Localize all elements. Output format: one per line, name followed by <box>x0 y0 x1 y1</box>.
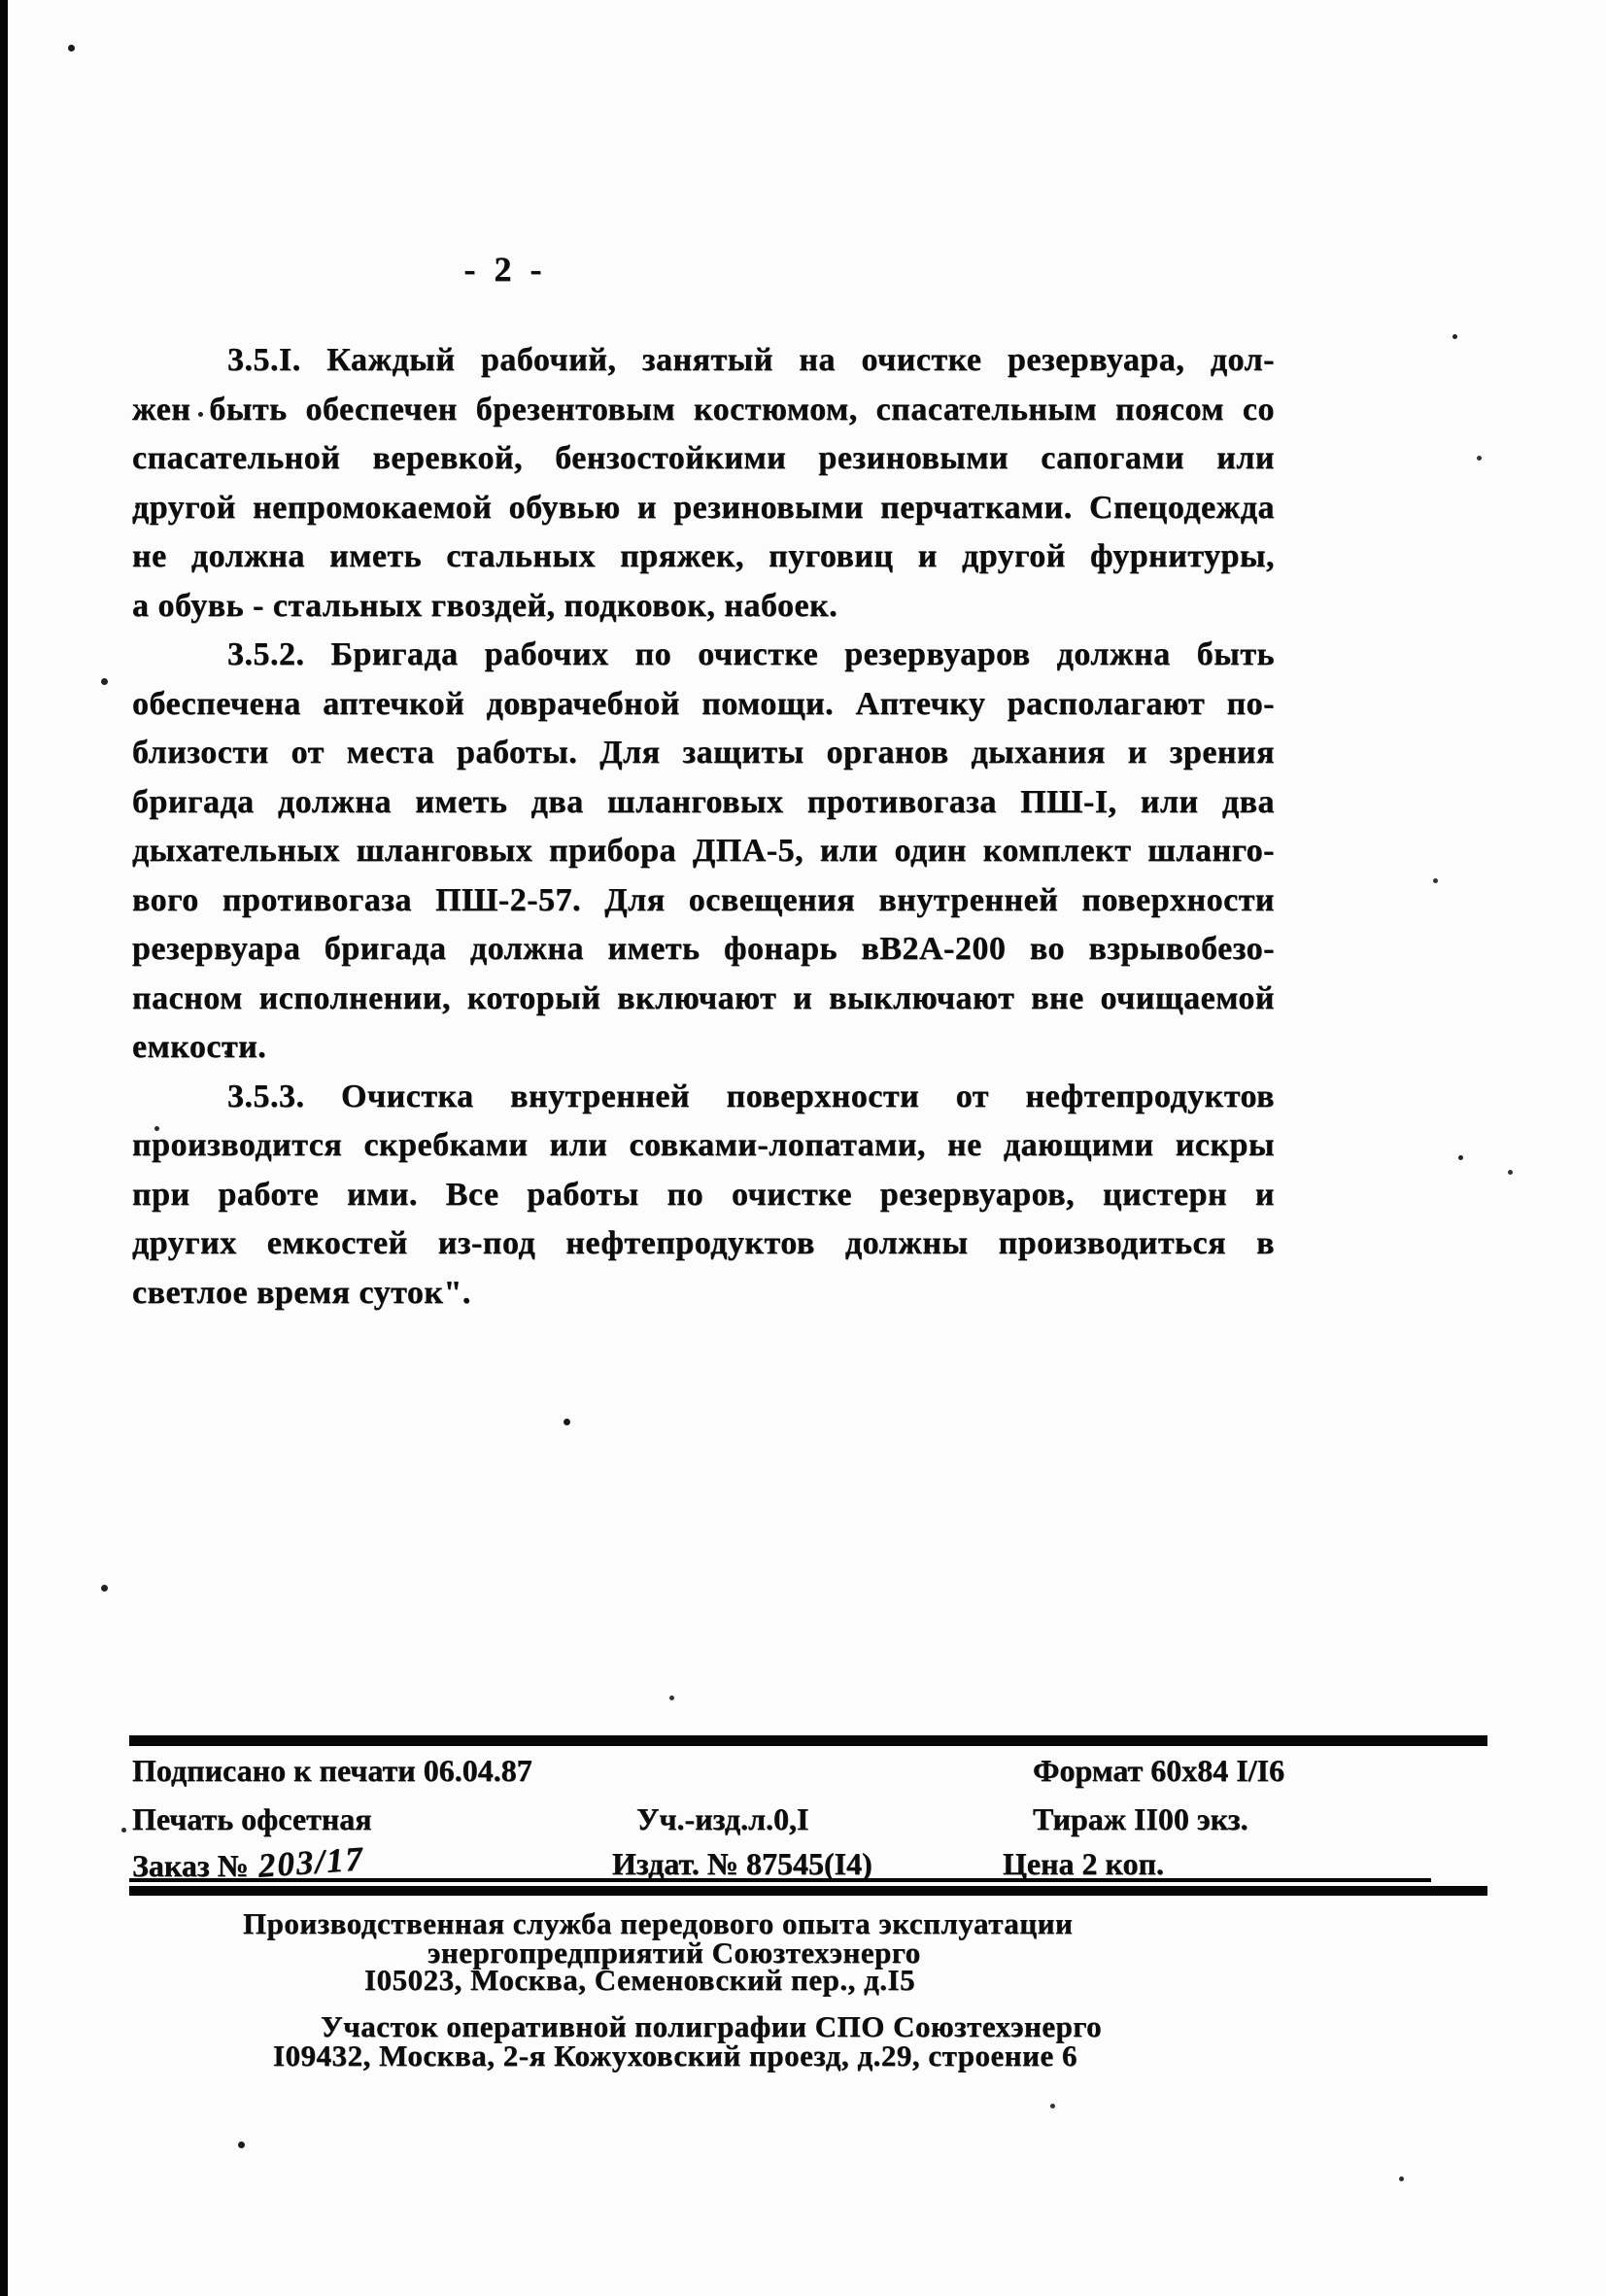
text-line: резервуара бригада должна иметь фонарь в… <box>132 925 1275 975</box>
publisher-sheets-label: Уч.-изд.л.0,I <box>636 1803 809 1834</box>
divider-rule-underline <box>129 1878 1431 1882</box>
divider-rule-bottom <box>129 1886 1487 1896</box>
text-line: вого противогаза ПШ-2-57. Для освещения … <box>132 876 1275 926</box>
text-line: жен быть обеспечен брезентовым костюмом,… <box>132 386 1275 435</box>
order-number: Заказ №203/17 <box>132 1848 364 1882</box>
text-line: 3.5.2. Бригада рабочих по очистке резерв… <box>132 631 1275 680</box>
text-line: емкости. <box>132 1023 1275 1073</box>
order-number-handwritten: 203/17 <box>257 1841 365 1883</box>
text-line: дыхательных шланговых прибора ДПА-5, или… <box>132 827 1275 876</box>
format-label: Формат 60х84 I/I6 <box>1033 1755 1284 1786</box>
scanned-document-page: - 2 - 3.5.I. Каждый рабочий, занятый на … <box>0 0 1606 2296</box>
text-line: другой непромокаемой обувью и резиновыми… <box>132 484 1275 533</box>
divider-rule-top <box>129 1735 1487 1746</box>
text-line: светлое время суток". <box>132 1269 1275 1319</box>
izdat-number-label: Издат. № 87545(I4) <box>612 1848 872 1879</box>
text-line: близости от места работы. Для защиты орг… <box>132 729 1275 778</box>
text-line: пасном исполнении, который включают и вы… <box>132 975 1275 1024</box>
scan-noise-specks <box>0 0 3 3</box>
print-run-label: Тираж II00 экз. <box>1033 1803 1248 1834</box>
print-type-label: Печать офсетная <box>132 1803 372 1834</box>
publisher-name-line: Производственная служба передового опыта… <box>243 1908 1073 1938</box>
publisher-address-line: I05023, Москва, Семеновский пер., д.I5 <box>364 1965 915 1995</box>
price-label: Цена 2 коп. <box>1003 1848 1164 1879</box>
text-line: производится скребками или совками-лопат… <box>132 1121 1275 1171</box>
text-line: 3.5.I. Каждый рабочий, занятый на очистк… <box>132 336 1275 386</box>
text-line: спасательной веревкой, бензостойкими рез… <box>132 434 1275 484</box>
text-line: обеспечена аптечкой доврачебной помощи. … <box>132 680 1275 730</box>
printer-address-line: I09432, Москва, 2-я Кожуховский проезд, … <box>273 2040 1077 2071</box>
text-line: при работе ими. Все работы по очистке ре… <box>132 1171 1275 1220</box>
text-line: 3.5.3. Очистка внутренней поверхности от… <box>132 1073 1275 1122</box>
page-number: - 2 - <box>427 249 583 290</box>
text-line: не должна иметь стальных пряжек, пуговиц… <box>132 532 1275 582</box>
text-line: других емкостей из-под нефтепродуктов до… <box>132 1219 1275 1269</box>
document-body: 3.5.I. Каждый рабочий, занятый на очистк… <box>132 336 1275 1318</box>
printer-name-line: Участок оперативной полиграфии СПО Союзт… <box>321 2011 1102 2041</box>
text-line: бригада должна иметь два шланговых проти… <box>132 778 1275 828</box>
signed-to-print-label: Подписано к печати 06.04.87 <box>132 1755 532 1786</box>
scan-edge-artifact <box>0 0 8 2296</box>
text-line: а обувь - стальных гвоздей, подковок, на… <box>132 582 1275 632</box>
